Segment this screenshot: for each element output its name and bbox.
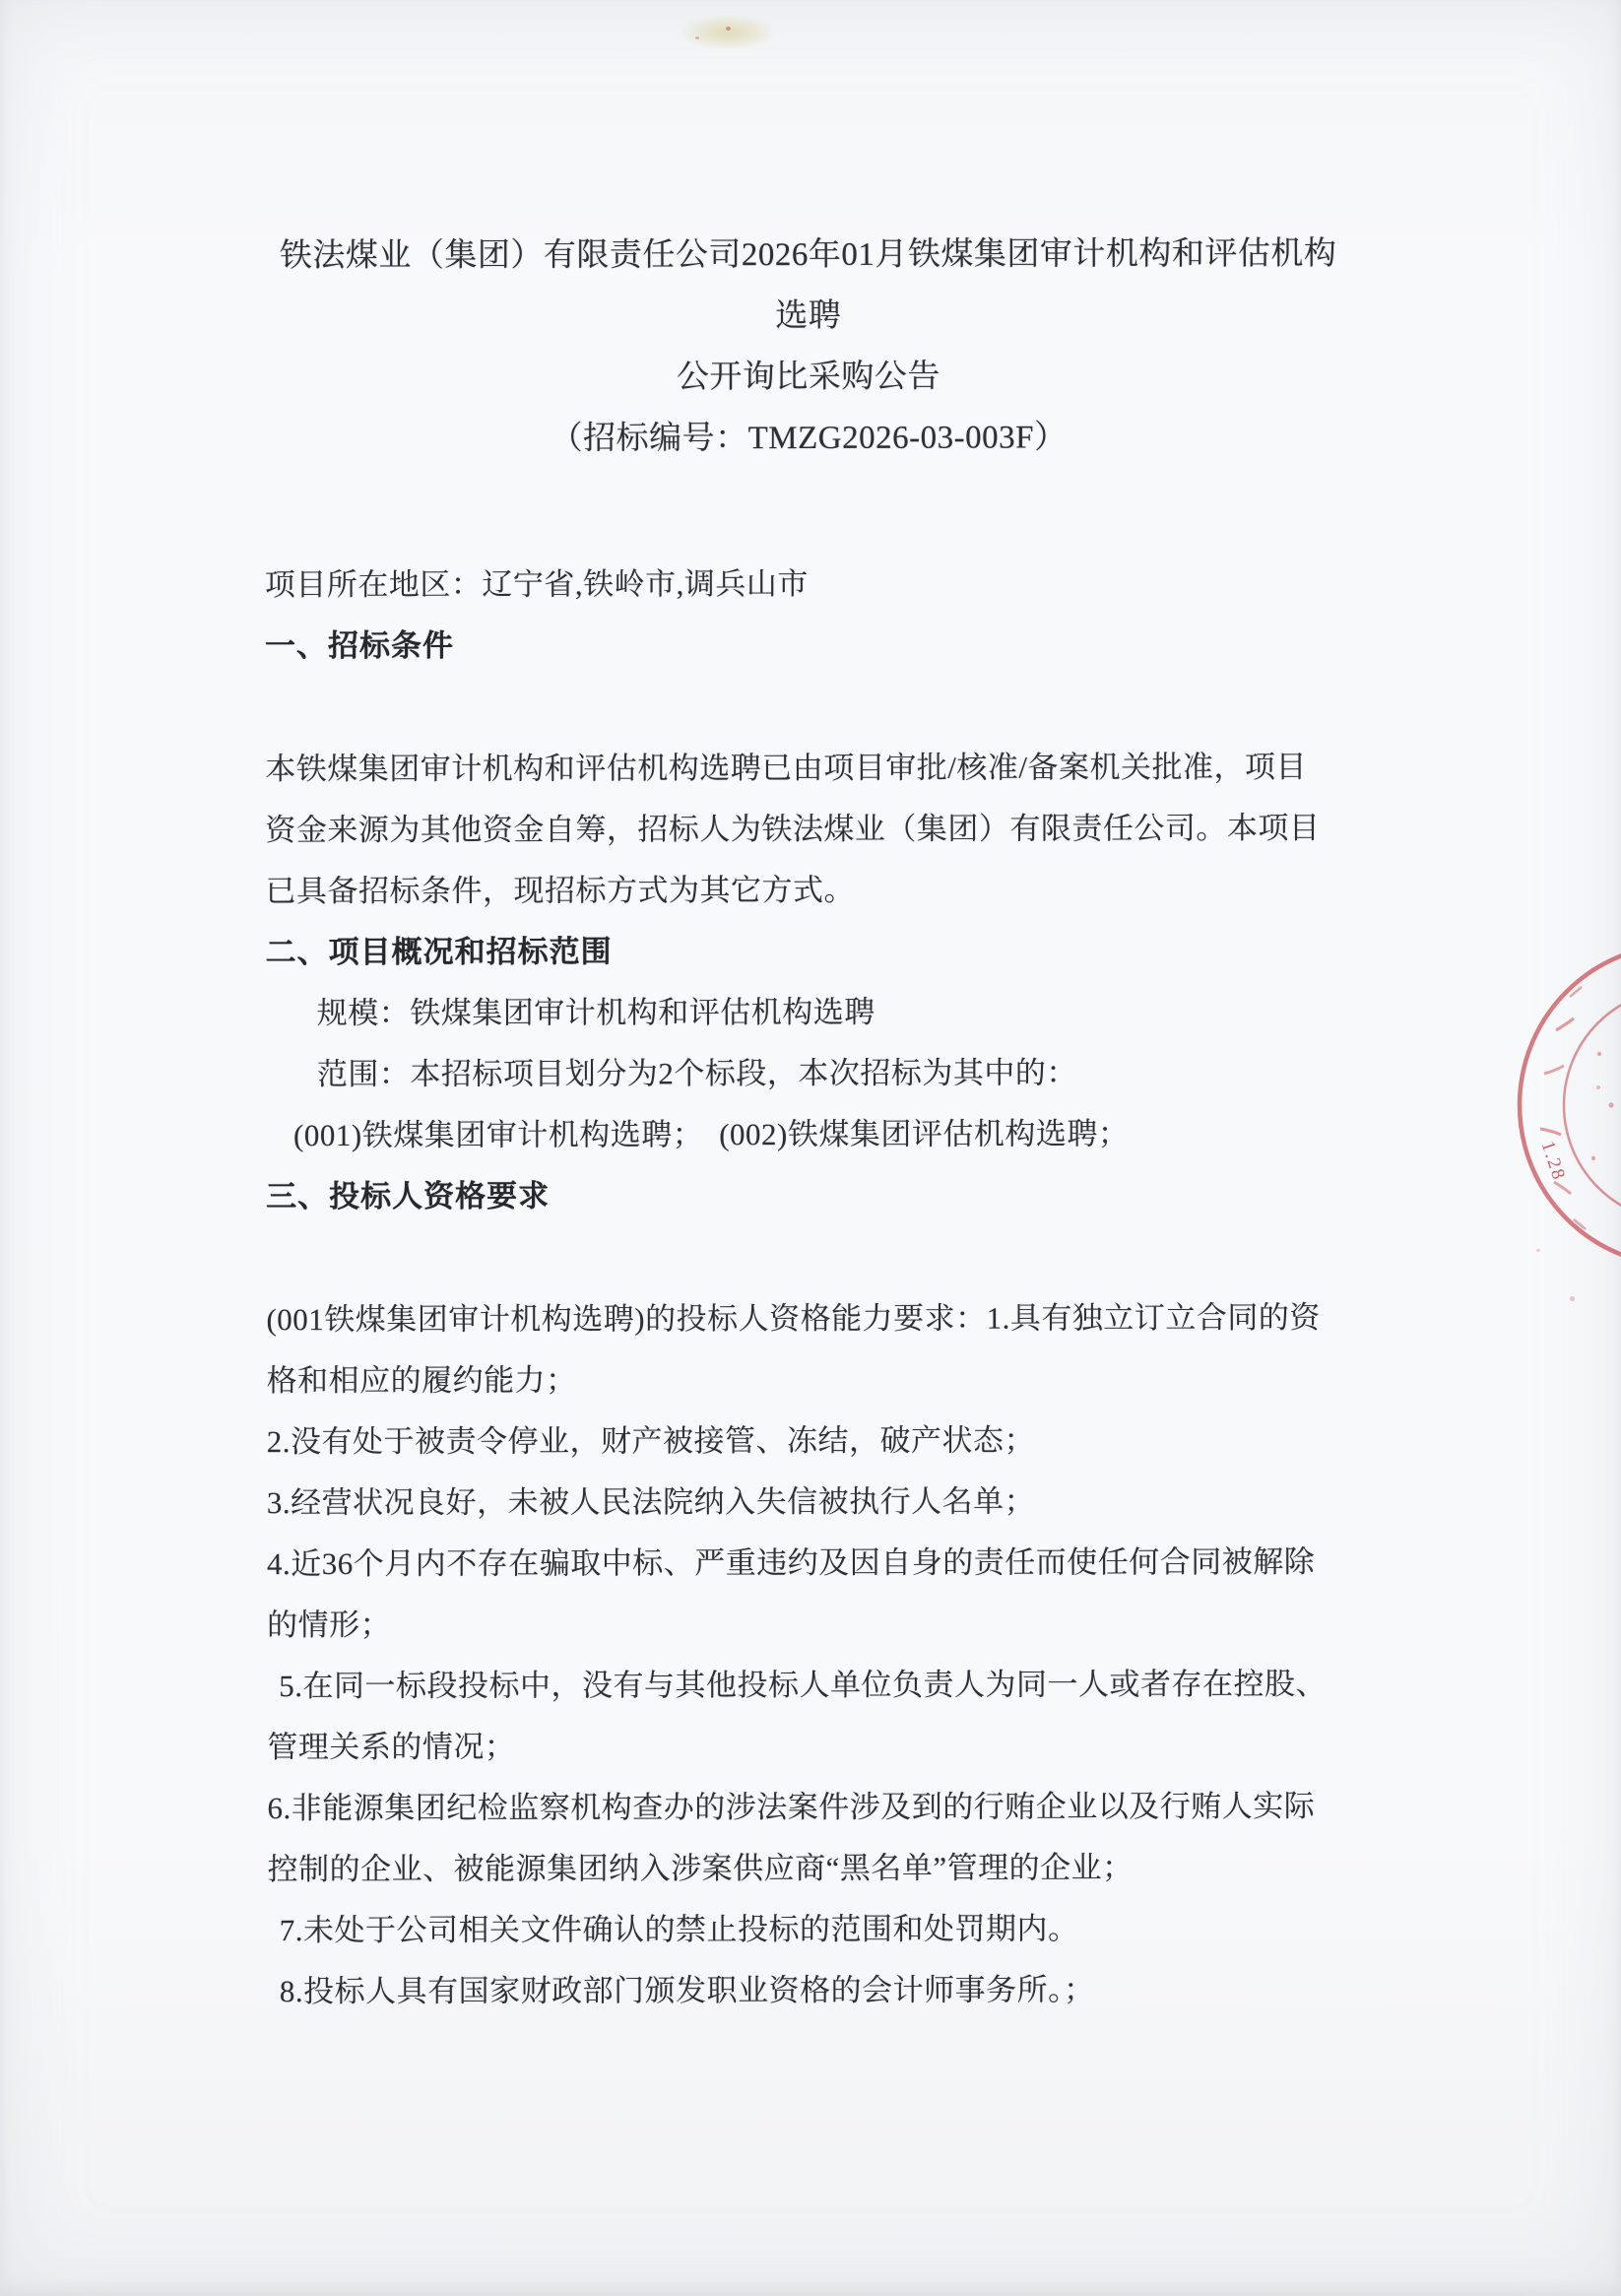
document-title-line-2: 公开询比采购公告	[264, 346, 1352, 409]
text-line: 3.经营状况良好，未被人民法院纳入失信被执行人名单；	[267, 1471, 1355, 1534]
project-location: 项目所在地区：辽宁省,铁岭市,调兵山市	[265, 553, 1353, 616]
text-line: 范围：本招标项目划分为2个标段，本次招标为其中的：	[266, 1042, 1354, 1105]
document-body: 铁法煤业（集团）有限责任公司2026年01月铁煤集团审计机构和评估机构选聘 公开…	[264, 224, 1356, 2022]
text-line: 已具备招标条件，现招标方式为其它方式。	[265, 859, 1353, 922]
tender-number: （招标编号：TMZG2026-03-003F）	[264, 407, 1352, 470]
official-seal-stamp	[1505, 936, 1621, 1276]
document-page: 铁法煤业（集团）有限责任公司2026年01月铁煤集团审计机构和评估机构选聘 公开…	[0, 0, 1621, 2296]
text-line: 8.投标人具有国家财政部门颁发职业资格的会计师事务所。；	[268, 1959, 1356, 2022]
text-line: 资金来源为其他资金自筹，招标人为铁法煤业（集团）有限责任公司。本项目	[265, 798, 1353, 861]
scan-smudge	[682, 16, 773, 49]
text-line: 管理关系的情况；	[267, 1715, 1355, 1778]
document-title-line-1: 铁法煤业（集团）有限责任公司2026年01月铁煤集团审计机构和评估机构选聘	[264, 224, 1352, 348]
text-line: 2.没有处于被责令停业，财产被接管、冻结，破产状态；	[267, 1410, 1355, 1473]
text-line: 的情形；	[267, 1593, 1355, 1656]
section-heading-1: 一、招标条件	[265, 614, 1353, 677]
text-line: 格和相应的履约能力；	[266, 1348, 1354, 1411]
section-heading-2: 二、项目概况和招标范围	[266, 920, 1354, 983]
text-line: 控制的企业、被能源集团纳入涉案供应商“黑名单”管理的企业；	[268, 1837, 1356, 1900]
ink-speck	[1570, 1296, 1575, 1301]
ink-speck	[695, 36, 699, 39]
ink-speck	[1536, 1249, 1540, 1252]
section-heading-3: 三、投标人资格要求	[266, 1164, 1354, 1227]
ink-speck	[1596, 1085, 1600, 1089]
text-line: 6.非能源集团纪检监察机构查办的涉法案件涉及到的行贿企业以及行贿人实际	[267, 1776, 1355, 1839]
text-line: 7.未处于公司相关文件确认的禁止投标的范围和处罚期内。	[268, 1898, 1356, 1961]
text-line: 规模：铁煤集团审计机构和评估机构选聘	[266, 981, 1354, 1044]
text-line: (001铁煤集团审计机构选聘)的投标人资格能力要求：1.具有独立订立合同的资	[266, 1287, 1354, 1350]
text-line: 4.近36个月内不存在骗取中标、严重违约及因自身的责任而使任何合同被解除	[267, 1532, 1355, 1595]
text-line: (001)铁煤集团审计机构选聘； (002)铁煤集团评估机构选聘；	[266, 1103, 1354, 1166]
text-line: 本铁煤集团审计机构和评估机构选聘已由项目审批/核准/备案机关批准，项目	[265, 737, 1353, 800]
text-line: 5.在同一标段投标中，没有与其他投标人单位负责人为同一人或者存在控股、	[267, 1654, 1355, 1717]
ink-speck	[726, 27, 731, 31]
